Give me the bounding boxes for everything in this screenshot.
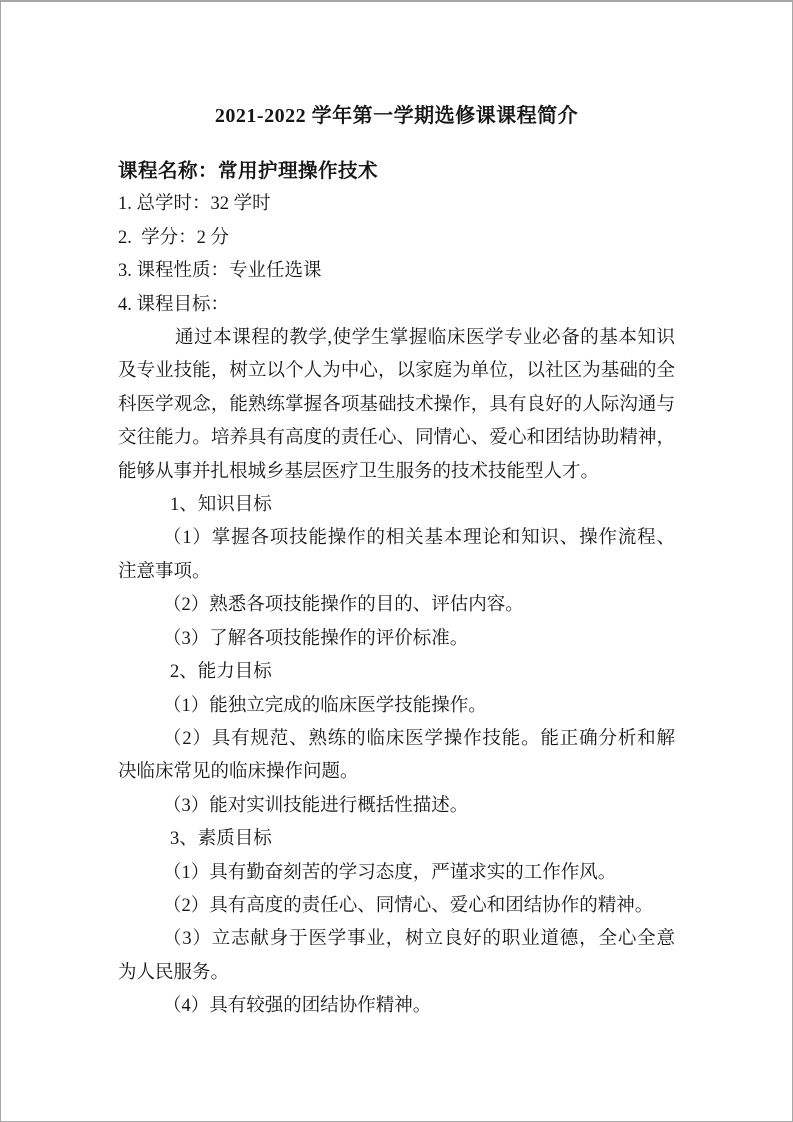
objective-item-line: （3）立志献身于医学事业，树立良好的职业道德，全心全意 [118, 923, 675, 956]
objective-item-line: （1）掌握各项技能操作的相关基本理论和知识、操作流程、 [118, 522, 675, 555]
objective-intro-line: 及专业技能，树立以个人为中心，以家庭为单位，以社区为基础的全 [118, 355, 675, 388]
document-page: 2021-2022 学年第一学期选修课课程简介 课程名称：常用护理操作技术 1.… [0, 0, 793, 1122]
objective-item-line: 注意事项。 [118, 556, 675, 589]
objective-intro-line: 能够从事并扎根城乡基层医疗卫生服务的技术技能型人才。 [118, 456, 675, 489]
meta-line-course-type: 3. 课程性质：专业任选课 [118, 255, 675, 288]
meta-line-total-hours: 1. 总学时：32 学时 [118, 188, 675, 221]
course-name-heading: 课程名称：常用护理操作技术 [118, 155, 675, 188]
objective-item-line: （1）具有勤奋刻苦的学习态度，严谨求实的工作作风。 [118, 857, 675, 890]
section-heading-quality: 3、素质目标 [118, 823, 675, 856]
section-heading-knowledge: 1、知识目标 [118, 489, 675, 522]
objective-intro-line: 科医学观念，能熟练掌握各项基础技术操作，具有良好的人际沟通与 [118, 389, 675, 422]
objective-item-line: 为人民服务。 [118, 957, 675, 990]
section-heading-ability: 2、能力目标 [118, 656, 675, 689]
objective-item-line: 决临床常见的临床操作问题。 [118, 756, 675, 789]
objective-intro-line: 交往能力。培养具有高度的责任心、同情心、爱心和团结协助精神， [118, 422, 675, 455]
objective-item-line: （4）具有较强的团结协作精神。 [118, 990, 675, 1023]
document-title: 2021-2022 学年第一学期选修课课程简介 [118, 98, 675, 134]
objective-item-line: （3）能对实训技能进行概括性描述。 [118, 790, 675, 823]
objective-item-line: （2）熟悉各项技能操作的目的、评估内容。 [118, 589, 675, 622]
objective-item-line: （2）具有规范、熟练的临床医学操作技能。能正确分析和解 [118, 723, 675, 756]
objective-item-line: （2）具有高度的责任心、同情心、爱心和团结协作的精神。 [118, 890, 675, 923]
objective-item-line: （1）能独立完成的临床医学技能操作。 [118, 690, 675, 723]
meta-line-credits: 2. 学分：2 分 [118, 222, 675, 255]
meta-line-course-goal-label: 4. 课程目标： [118, 289, 675, 322]
objective-intro-line: 通过本课程的教学,使学生掌握临床医学专业必备的基本知识 [118, 322, 675, 355]
objective-item-line: （3）了解各项技能操作的评价标准。 [118, 623, 675, 656]
